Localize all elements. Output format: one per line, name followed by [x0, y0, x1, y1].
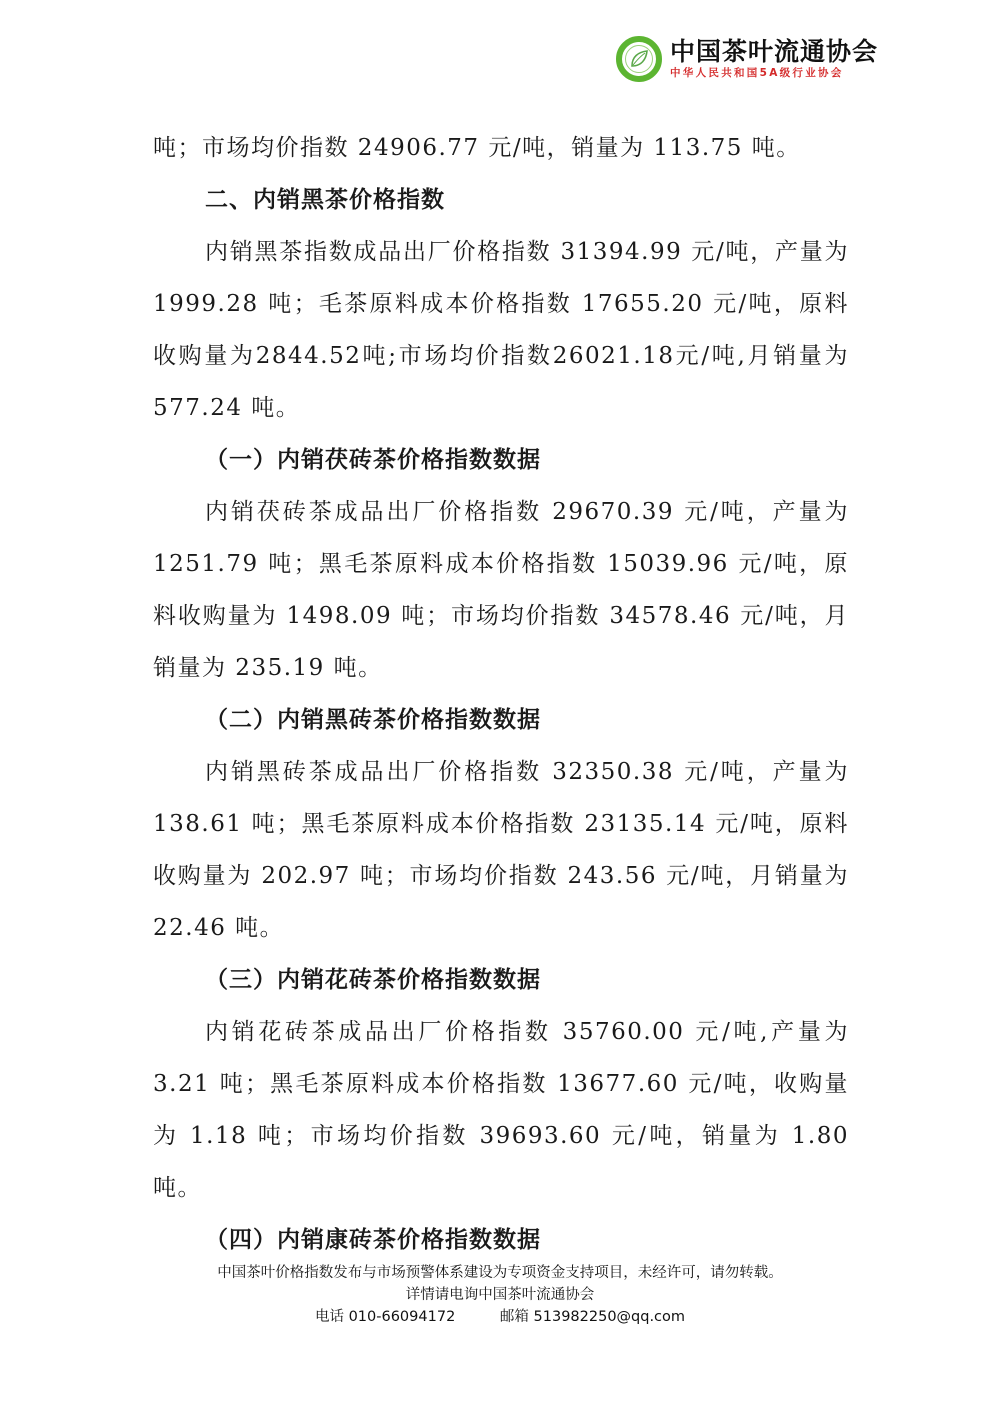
subheading-fu-brick: （一）内销茯砖茶价格指数数据	[153, 434, 849, 486]
intro-tail-paragraph: 吨；市场均价指数 24906.77 元/吨，销量为 113.75 吨。	[153, 122, 849, 174]
section-heading-dark-tea: 二、内销黑茶价格指数	[153, 174, 849, 226]
subheading-flower-brick: （三）内销花砖茶价格指数数据	[153, 954, 849, 1006]
black-brick-paragraph: 内销黑砖茶成品出厂价格指数 32350.38 元/吨，产量为 138.61 吨；…	[153, 746, 849, 954]
dark-tea-paragraph: 内销黑茶指数成品出厂价格指数 31394.99 元/吨，产量为 1999.28 …	[153, 226, 849, 434]
fu-brick-paragraph: 内销茯砖茶成品出厂价格指数 29670.39 元/吨，产量为 1251.79 吨…	[153, 486, 849, 694]
org-logo: 中国茶叶流通协会 中华人民共和国5A级行业协会	[616, 36, 878, 82]
subheading-black-brick: （二）内销黑砖茶价格指数数据	[153, 694, 849, 746]
document-body: 吨；市场均价指数 24906.77 元/吨，销量为 113.75 吨。 二、内销…	[153, 122, 849, 1266]
tea-leaf-circle-icon	[616, 36, 662, 82]
copyright-notice: 中国茶叶价格指数发布与市场预警体系建设为专项资金支持项目，未经许可，请勿转载。	[0, 1262, 1000, 1284]
phone-number: 电话 010-66094172	[315, 1309, 455, 1325]
org-name: 中国茶叶流通协会	[670, 38, 878, 66]
subheading-kang-brick: （四）内销康砖茶价格指数数据	[153, 1214, 849, 1266]
org-subtitle: 中华人民共和国5A级行业协会	[670, 66, 878, 80]
page-footer: 中国茶叶价格指数发布与市场预警体系建设为专项资金支持项目，未经许可，请勿转载。 …	[0, 1262, 1000, 1328]
inquiry-line: 详情请电询中国茶叶流通协会	[0, 1284, 1000, 1306]
contact-line: 电话 010-66094172 邮箱 513982250@qq.com	[0, 1306, 1000, 1328]
email-address[interactable]: 邮箱 513982250@qq.com	[500, 1309, 685, 1325]
leaf-icon	[628, 48, 650, 70]
flower-brick-paragraph: 内销花砖茶成品出厂价格指数 35760.00 元/吨,产量为 3.21 吨；黑毛…	[153, 1006, 849, 1214]
